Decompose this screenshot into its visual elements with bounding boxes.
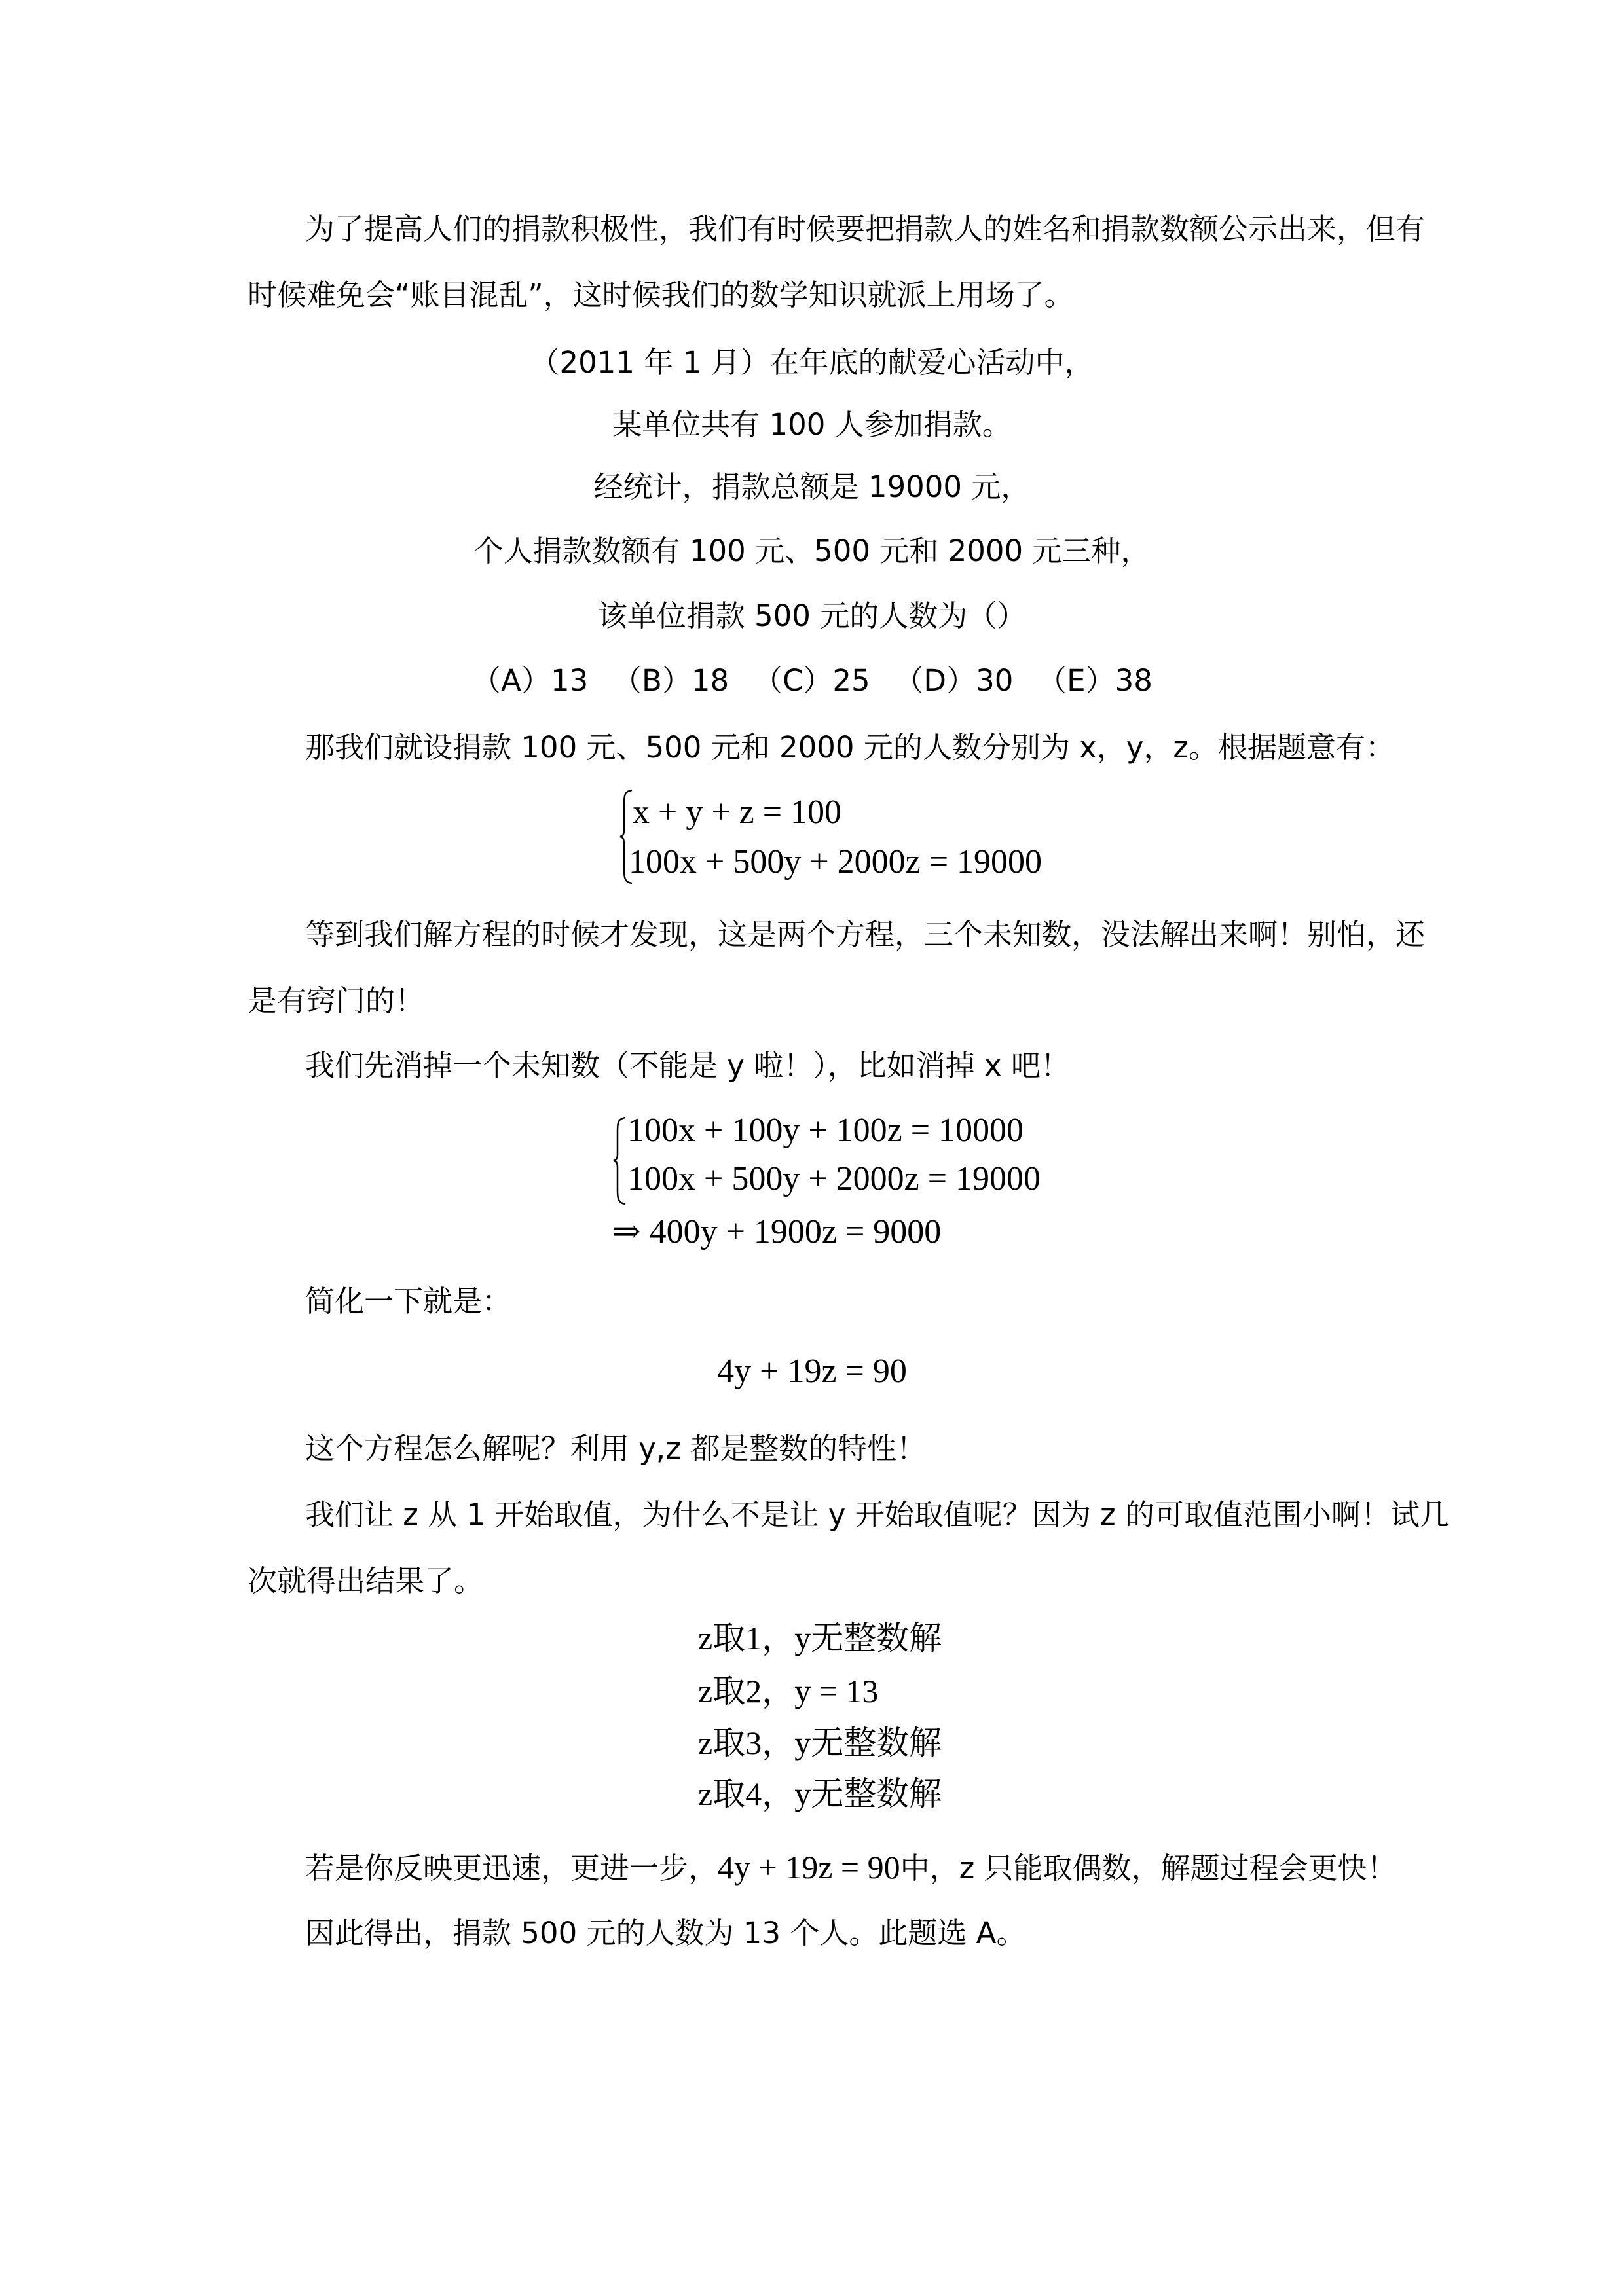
trial-row: z取3，y无整数解 [698, 1723, 942, 1762]
trial-y: y无整数解 [794, 1620, 942, 1656]
tip-equation: 4y + 19z = 90 [718, 1849, 900, 1886]
conclusion-paragraph: 因此得出，捐款 500 元的人数为 13 个人。此题选 A。 [305, 1915, 1025, 1952]
discussion-line-2: 是有窍门的！ [248, 983, 424, 1019]
trial-row: z取1，y无整数解 [698, 1618, 942, 1658]
trial-row: z取2，y = 13 [698, 1671, 878, 1711]
method-line-1: 我们让 z 从 1 开始取值，为什么不是让 y 开始取值呢？因为 z 的可取值范… [305, 1497, 1449, 1533]
problem-line-4: 个人捐款数额有 100 元、500 元和 2000 元三种， [0, 533, 1624, 570]
problem-line-1: （2011 年 1 月）在年底的献爱心活动中， [0, 344, 1624, 381]
left-brace-icon [612, 1116, 628, 1205]
eliminate-paragraph: 我们先消掉一个未知数（不能是 y 啦！），比如消掉 x 吧！ [305, 1048, 1070, 1084]
trial-y: y无整数解 [794, 1724, 942, 1761]
problem-line-2: 某单位共有 100 人参加捐款。 [0, 407, 1624, 443]
trial-z: z取2， [698, 1673, 794, 1709]
trial-y: y无整数解 [794, 1776, 942, 1812]
equation-2a: 100x + 100y + 100z = 10000 [627, 1111, 1024, 1150]
tip-text-before: 若是你反映更迅速，更进一步， [305, 1851, 718, 1886]
simplify-label: 简化一下就是： [305, 1283, 511, 1320]
method-line-2: 次就得出结果了。 [248, 1563, 483, 1599]
simplified-equation: 4y + 19z = 90 [0, 1352, 1624, 1391]
tip-paragraph: 若是你反映更迅速，更进一步，4y + 19z = 90中，z 只能取偶数，解题过… [305, 1849, 1397, 1887]
trial-row: z取4，y无整数解 [698, 1774, 942, 1813]
equation-1b: 100x + 500y + 2000z = 19000 [629, 843, 1042, 882]
setup-paragraph: 那我们就设捐款 100 元、500 元和 2000 元的人数分别为 x，y，z。… [305, 729, 1395, 766]
intro-paragraph-line-1: 为了提高人们的捐款积极性，我们有时候要把捐款人的姓名和捐款数额公示出来，但有 [305, 211, 1425, 247]
problem-line-5: 该单位捐款 500 元的人数为（） [0, 598, 1624, 634]
equation-2b: 100x + 500y + 2000z = 19000 [627, 1159, 1041, 1199]
equation-1a: x + y + z = 100 [633, 793, 841, 832]
equation-2-result: ⇒ 400y + 1900z = 9000 [612, 1212, 941, 1252]
trial-z: z取3， [698, 1724, 794, 1761]
answer-options: （A）13 （B）18 （C）25 （D）30 （E）38 [0, 663, 1624, 699]
discussion-line-1: 等到我们解方程的时候才发现，这是两个方程，三个未知数，没法解出来啊！别怕，还 [305, 917, 1425, 953]
trial-z: z取1， [698, 1620, 794, 1656]
method-question: 这个方程怎么解呢？利用 y,z 都是整数的特性！ [305, 1430, 926, 1467]
intro-paragraph-line-2: 时候难免会“账目混乱”，这时候我们的数学知识就派上用场了。 [248, 277, 1074, 314]
trial-z: z取4， [698, 1776, 794, 1812]
tip-text-after: 中，z 只能取偶数，解题过程会更快！ [900, 1851, 1397, 1886]
trial-y: y = 13 [794, 1673, 878, 1709]
problem-line-3: 经统计，捐款总额是 19000 元， [0, 469, 1624, 505]
